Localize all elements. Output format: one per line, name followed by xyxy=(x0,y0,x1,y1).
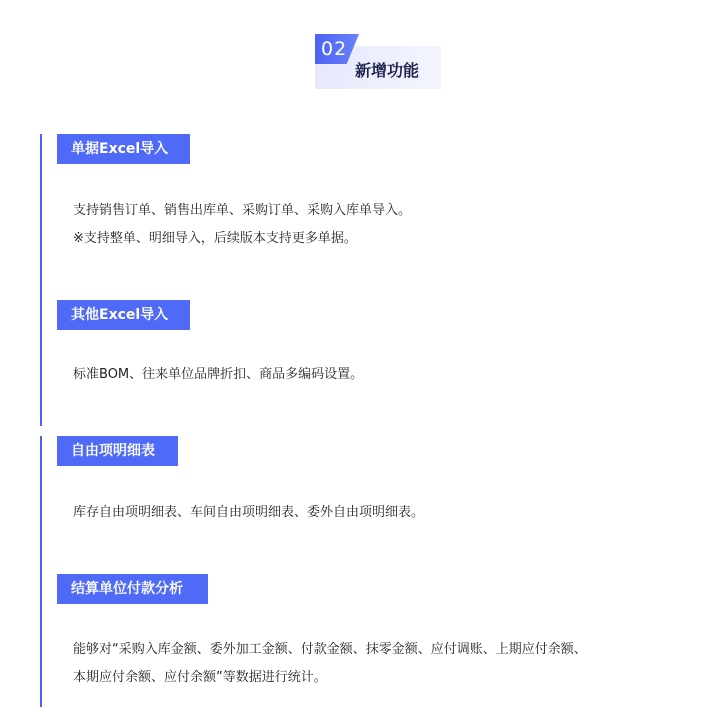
timeline-line-bottom xyxy=(40,436,42,707)
section-heading-other-excel-import: 其他Excel导入 xyxy=(57,300,190,330)
section-text: 能够对“采购入库金额、委外加工金额、付款金额、抹零金额、应付调账、上期应付余额、 xyxy=(73,636,587,664)
page-title: 新增功能 xyxy=(355,58,419,81)
section-text: ※支持整单、明细导入，后续版本支持更多单据。 xyxy=(73,225,357,253)
section-text: 支持销售订单、销售出库单、采购订单、采购入库单导入。 xyxy=(73,197,411,225)
section-text: 库存自由项明细表、车间自由项明细表、委外自由项明细表。 xyxy=(73,499,424,527)
section-text: 标准BOM、往来单位品牌折扣、商品多编码设置。 xyxy=(73,361,363,389)
section-heading-free-item-detail: 自由项明细表 xyxy=(57,436,178,466)
section-heading-excel-import: 单据Excel导入 xyxy=(57,134,190,164)
timeline-line-top xyxy=(40,134,42,426)
section-text: 本期应付余额、应付余额”等数据进行统计。 xyxy=(73,664,327,692)
section-heading-payment-analysis: 结算单位付款分析 xyxy=(57,574,208,604)
